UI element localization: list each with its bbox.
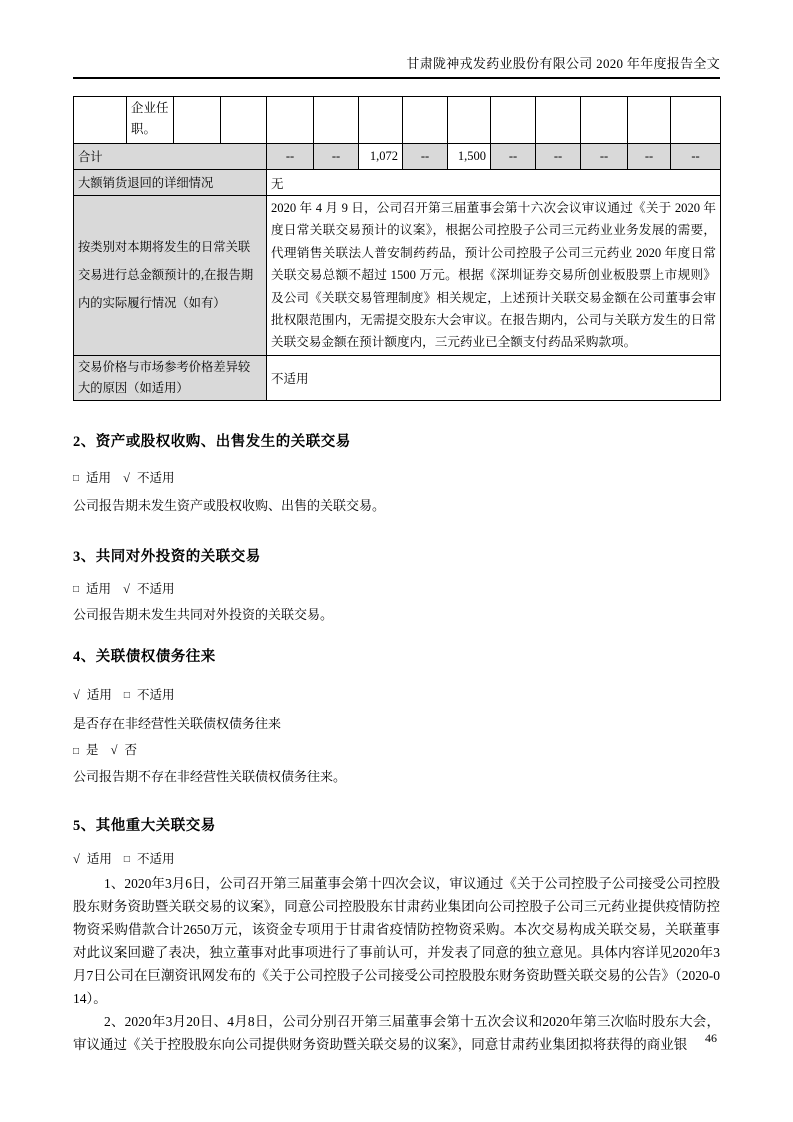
table-cell-empty	[536, 97, 581, 144]
paragraph: 2、2020年3月20日、4月8日，公司分别召开第三届董事会第十五次会议和202…	[73, 1010, 720, 1056]
checkbox-unchecked-icon: □	[124, 690, 130, 701]
total-value-cell: --	[491, 144, 536, 170]
option-label: 不适用	[137, 688, 175, 702]
table-cell-empty	[314, 97, 359, 144]
table-cell-empty	[359, 97, 403, 144]
total-value-cell: --	[403, 144, 448, 170]
table-cell-empty	[403, 97, 448, 144]
option-label: 适用	[87, 852, 112, 866]
section-heading: 5、其他重大关联交易	[73, 814, 720, 835]
table-cell-empty	[74, 97, 127, 144]
table-cell-empty	[628, 97, 671, 144]
price-difference-value: 不适用	[267, 355, 721, 400]
page-content: 甘肃陇神戎发药业股份有限公司 2020 年年度报告全文 企业任职。	[73, 0, 720, 1056]
section-asset-equity-transactions: 2、资产或股权收购、出售发生的关联交易 □适用√不适用 公司报告期未发生资产或股…	[73, 430, 720, 514]
total-row-label: 合计	[74, 144, 267, 170]
total-value-cell: --	[671, 144, 721, 170]
checkmark-icon: √	[123, 471, 130, 486]
table-cell-empty	[221, 97, 267, 144]
total-value-cell: --	[536, 144, 581, 170]
option-label: 否	[124, 743, 137, 757]
yes-no-line: □是√否	[73, 740, 720, 758]
table-row-price-difference: 交易价格与市场参考价格差异较大的原因（如适用） 不适用	[74, 355, 721, 400]
page-number: 46	[705, 1031, 717, 1046]
total-value-cell: 1,500	[448, 144, 491, 170]
option-label: 适用	[87, 688, 112, 702]
applicability-line: □适用√不适用	[73, 579, 720, 597]
checkbox-unchecked-icon: □	[124, 854, 130, 865]
sales-returns-label: 大额销货退回的详细情况	[74, 170, 267, 196]
section-related-credits-debts: 4、关联债权债务往来 √适用□不适用 是否存在非经营性关联债权债务往来 □是√否…	[73, 645, 720, 785]
table-cell-empty	[581, 97, 628, 144]
related-transactions-table: 企业任职。 合计 -- -- 1,072 -- 1,500	[73, 96, 721, 401]
section-body-text: 公司报告期未发生共同对外投资的关联交易。	[73, 604, 720, 623]
total-value-cell: --	[581, 144, 628, 170]
option-label: 不适用	[137, 471, 175, 485]
table-row-forecast-performance: 按类别对本期将发生的日常关联交易进行总金额预计的,在报告期内的实际履行情况（如有…	[74, 196, 721, 356]
applicability-line: √适用□不适用	[73, 849, 720, 867]
table-row-sales-returns: 大额销货退回的详细情况 无	[74, 170, 721, 196]
checkbox-unchecked-icon: □	[73, 746, 79, 757]
option-label: 是	[86, 743, 99, 757]
total-value-cell: 1,072	[359, 144, 403, 170]
report-page: 甘肃陇神戎发药业股份有限公司 2020 年年度报告全文 企业任职。	[0, 0, 793, 1122]
table-cell-empty	[671, 97, 721, 144]
table-cell-empty	[267, 97, 314, 144]
option-label: 不适用	[137, 582, 175, 596]
checkbox-unchecked-icon: □	[73, 473, 79, 484]
table-cell-empty	[448, 97, 491, 144]
option-label: 不适用	[137, 852, 175, 866]
checkmark-icon: √	[111, 743, 118, 757]
option-label: 适用	[86, 582, 111, 596]
section-heading: 4、关联债权债务往来	[73, 645, 720, 666]
question-text: 是否存在非经营性关联债权债务往来	[73, 713, 720, 732]
applicability-line: √适用□不适用	[73, 685, 720, 703]
section-body-text: 公司报告期不存在非经营性关联债权债务往来。	[73, 766, 720, 785]
table-cell-empty	[174, 97, 221, 144]
document-header: 甘肃陇神戎发药业股份有限公司 2020 年年度报告全文	[73, 0, 720, 79]
table-cell-empty	[491, 97, 536, 144]
price-difference-label: 交易价格与市场参考价格差异较大的原因（如适用）	[74, 355, 267, 400]
section-other-major-transactions: 5、其他重大关联交易 √适用□不适用 1、2020年3月6日，公司召开第三届董事…	[73, 814, 720, 1056]
applicability-line: □适用√不适用	[73, 468, 720, 486]
table-row-carryover: 企业任职。	[74, 97, 721, 144]
forecast-performance-value: 2020 年 4 月 9 日，公司召开第三届董事会第十六次会议审议通过《关于 2…	[267, 196, 721, 356]
table-cell-carryover-text: 企业任职。	[127, 97, 174, 144]
total-value-cell: --	[628, 144, 671, 170]
section-body-text: 公司报告期未发生资产或股权收购、出售的关联交易。	[73, 495, 720, 514]
section-joint-investment: 3、共同对外投资的关联交易 □适用√不适用 公司报告期未发生共同对外投资的关联交…	[73, 545, 720, 623]
option-label: 适用	[86, 471, 111, 485]
table-row-total: 合计 -- -- 1,072 -- 1,500 -- -- -- -- --	[74, 144, 721, 170]
section-paragraphs: 1、2020年3月6日，公司召开第三届董事会第十四次会议，审议通过《关于公司控股…	[73, 872, 720, 1056]
section-heading: 3、共同对外投资的关联交易	[73, 545, 720, 566]
checkmark-icon: √	[73, 852, 80, 867]
forecast-performance-label: 按类别对本期将发生的日常关联交易进行总金额预计的,在报告期内的实际履行情况（如有…	[74, 196, 267, 356]
total-value-cell: --	[314, 144, 359, 170]
total-value-cell: --	[267, 144, 314, 170]
checkmark-icon: √	[73, 688, 80, 703]
section-heading: 2、资产或股权收购、出售发生的关联交易	[73, 430, 720, 451]
checkmark-icon: √	[123, 582, 130, 597]
checkbox-unchecked-icon: □	[73, 584, 79, 595]
paragraph: 1、2020年3月6日，公司召开第三届董事会第十四次会议，审议通过《关于公司控股…	[73, 872, 720, 1010]
sales-returns-value: 无	[267, 170, 721, 196]
